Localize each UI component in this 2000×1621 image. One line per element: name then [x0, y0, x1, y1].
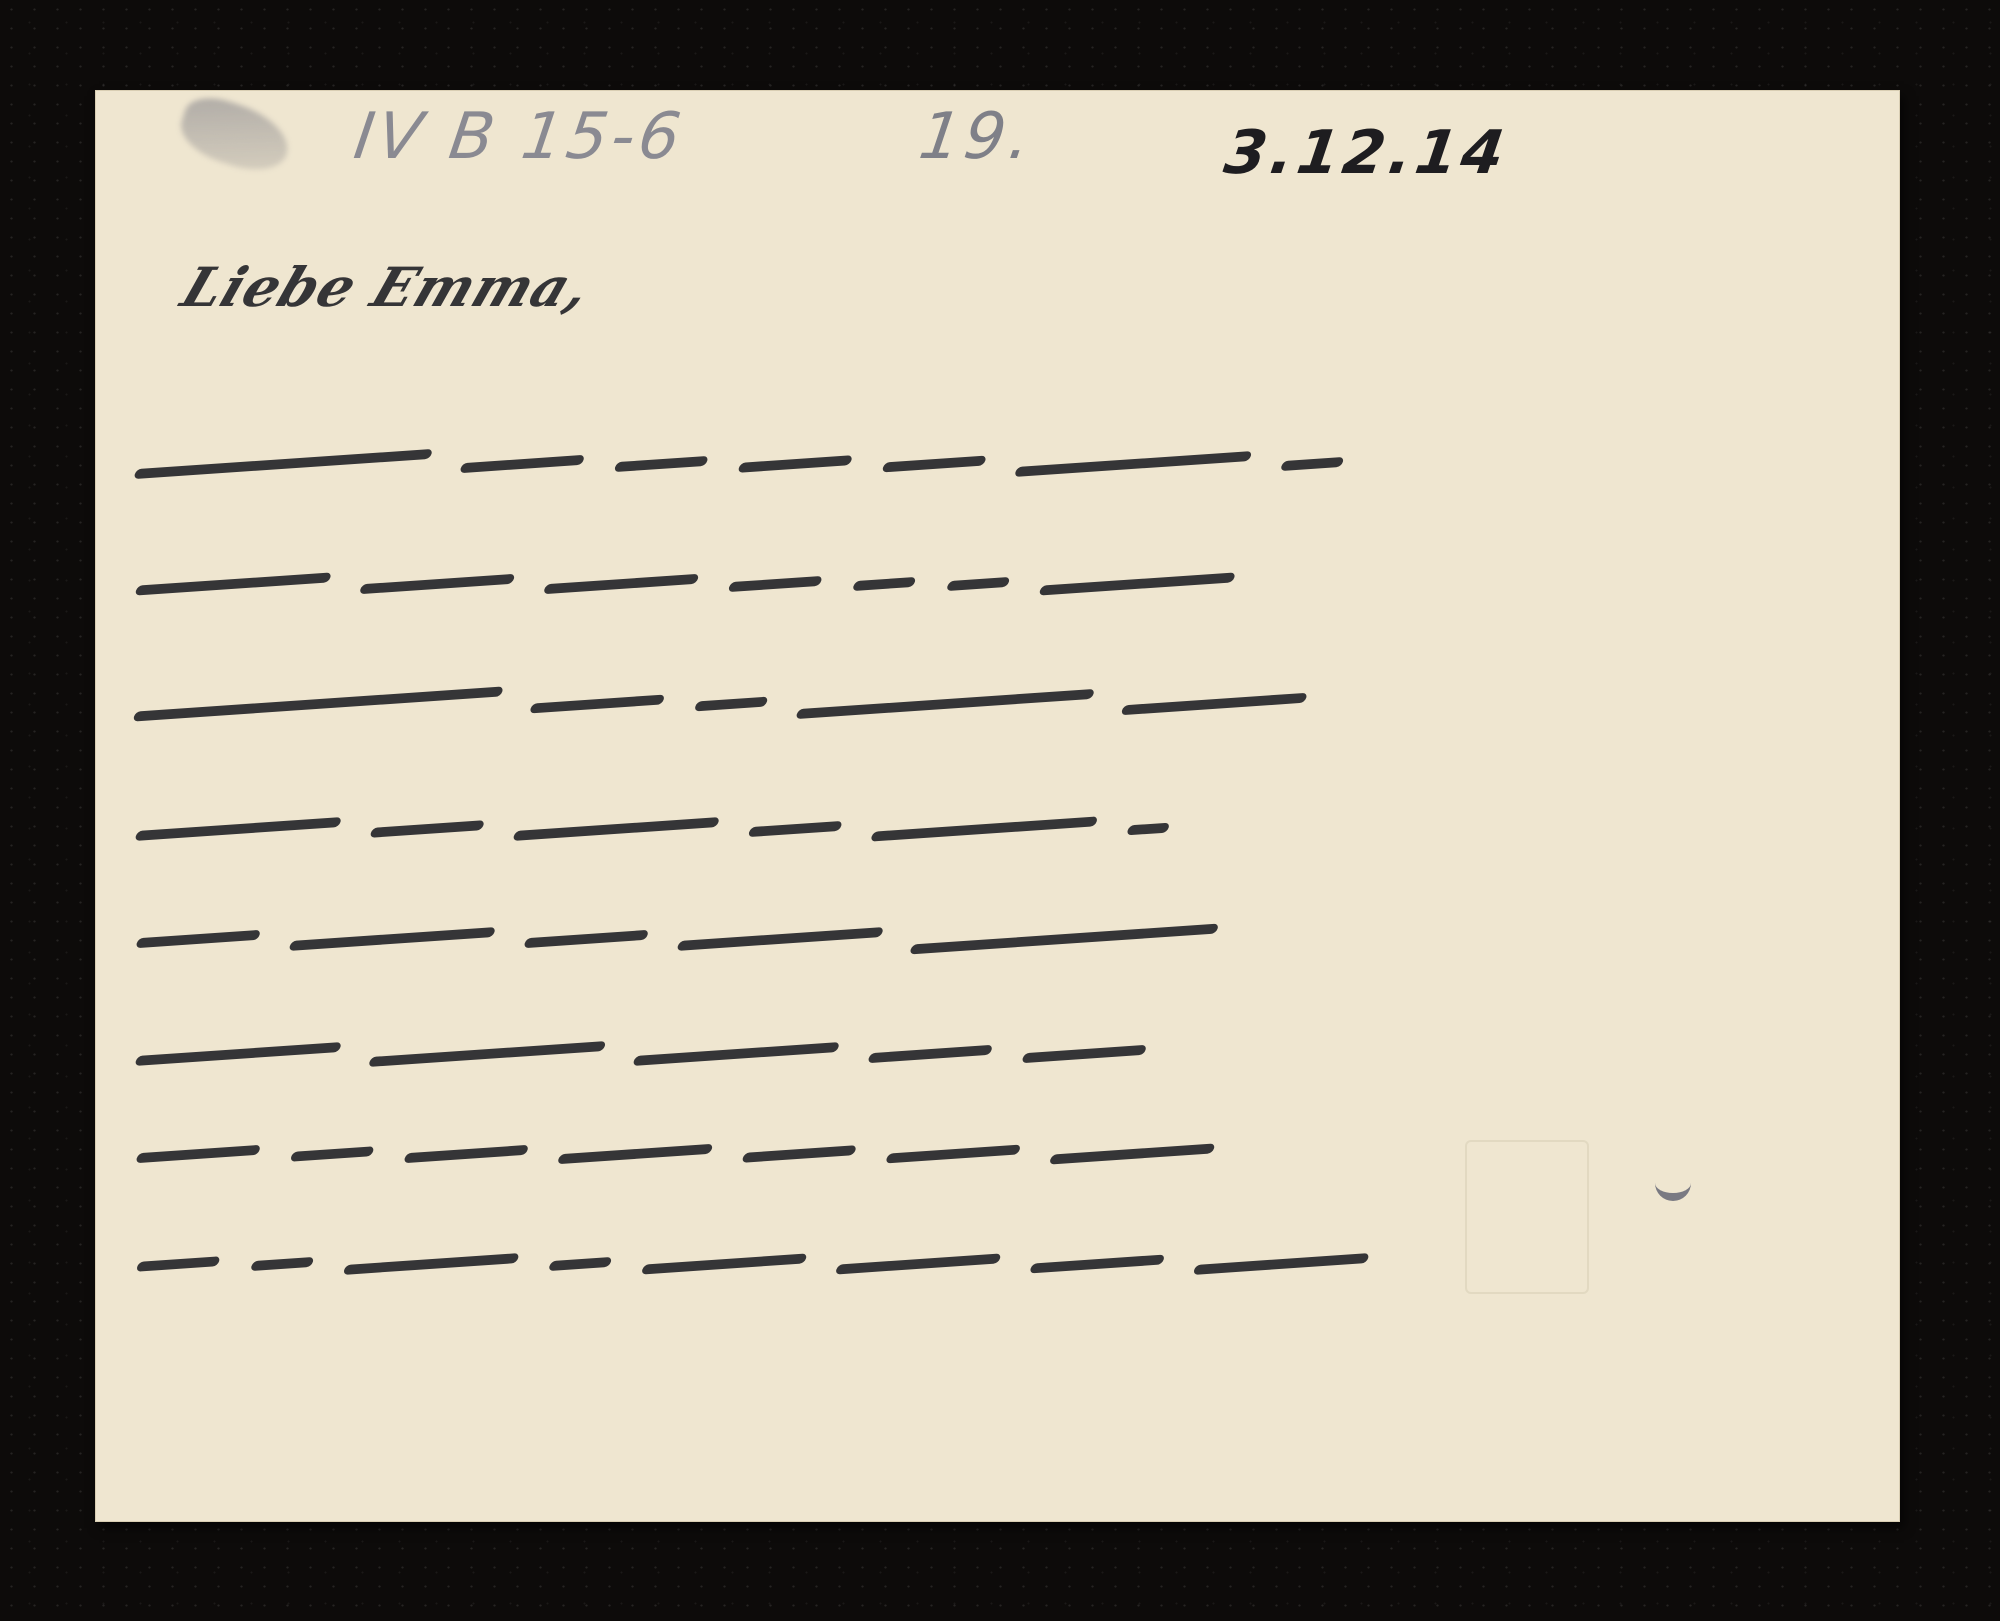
item-number: 19. [915, 100, 1039, 174]
shorthand-line-5 [128, 900, 1263, 968]
embossed-stamp [1465, 1140, 1589, 1294]
shorthand-line-8 [128, 1225, 1415, 1293]
shorthand-line-7 [128, 1115, 1261, 1183]
shorthand-line-4 [128, 790, 1217, 858]
salutation: Liebe Emma, [173, 255, 600, 319]
shorthand-line-2 [128, 545, 1281, 613]
shorthand-line-6 [128, 1015, 1193, 1083]
shorthand-line-1 [128, 425, 1391, 493]
archive-signature: IV B 15-6 [350, 100, 689, 174]
letter-date: 3.12.14 [1220, 118, 1512, 188]
shorthand-line-3 [128, 665, 1353, 733]
